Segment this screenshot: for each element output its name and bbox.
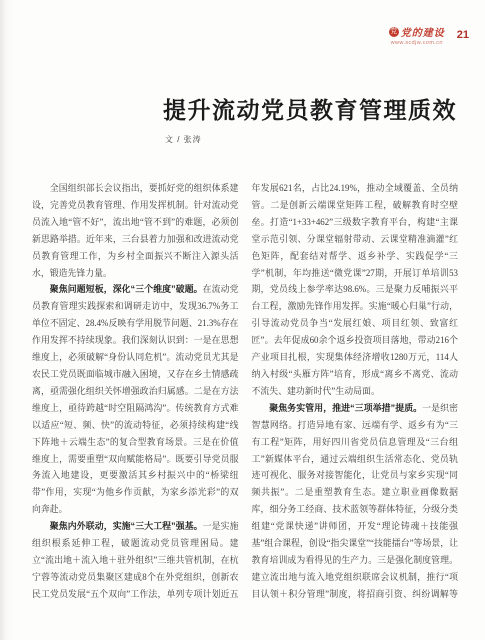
article-title: 提升流动党员教育管理质效 [163,92,457,125]
article-body: 全国组织部长会议指出，要抓好党的组织体系建设，完善党员教育管理、作用发挥机制。针… [32,180,458,612]
paragraph-lead: 聚焦内外联动，实施“三大工程”强基。 [50,521,203,531]
magazine-name: 党的建设 [401,24,445,39]
masthead-row: 党 党的建设 [389,24,445,39]
masthead-logo: 党 党的建设 www.scdjw.com.cn [389,24,445,46]
title-block: 提升流动党员教育管理质效 文 / 张涛 [163,92,457,145]
page-header: 党 党的建设 www.scdjw.com.cn 21 [389,24,469,46]
article-paragraph: 全国组织部长会议指出，要抓好党的组织体系建设，完善党员教育管理、作用发挥机制。针… [32,180,239,281]
magazine-url: www.scdjw.com.cn [391,40,443,46]
paragraph-text: 全国组织部长会议指出，要抓好党的组织体系建设，完善党员教育管理、作用发挥机制。针… [32,183,239,278]
page-number: 21 [457,29,469,41]
paragraph-lead: 聚焦务实管用，推进“三项举措”提质。 [269,403,422,413]
article-paragraph: 聚焦问题短板，深化“三个维度”破题。在流动党员教育管理实践探索和调研走访中，发现… [32,281,239,518]
byline: 文 / 张涛 [165,134,202,145]
paragraph-text: 在流动党员教育管理实践探索和调研走访中，发现36.7%务工单位不固定、28.4%… [32,284,239,514]
party-seal-icon: 党 [389,27,399,37]
magazine-page: 党 党的建设 www.scdjw.com.cn 21 提升流动党员教育管理质效 … [0,0,485,640]
paragraph-lead: 聚焦问题短板，深化“三个维度”破题。 [50,284,203,294]
